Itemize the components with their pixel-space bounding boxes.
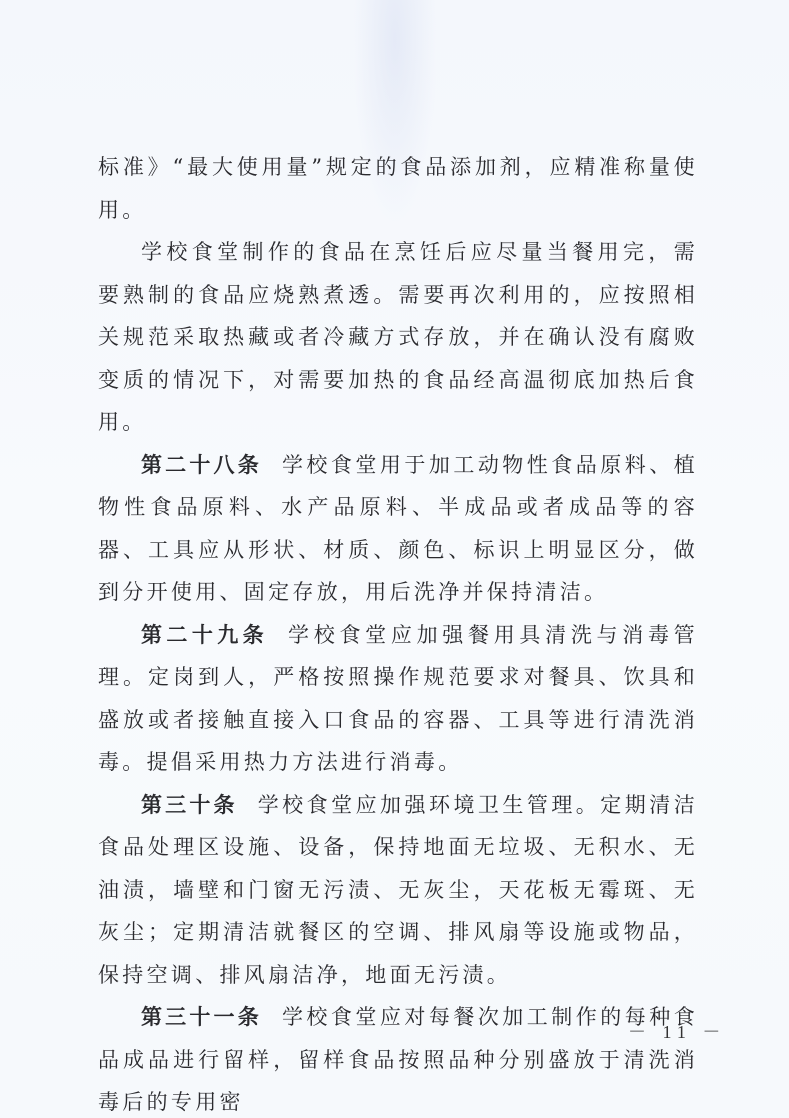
article-29: 第二十九条学校食堂应加强餐用具清洗与消毒管理。定岗到人，严格按照操作规范要求对餐… <box>98 614 698 784</box>
paragraph-text: 学校食堂制作的食品在烹饪后应尽量当餐用完，需要熟制的食品应烧熟煮透。需要再次利用… <box>98 240 698 434</box>
article-number: 第三十条 <box>141 793 238 817</box>
article-number: 第二十八条 <box>141 453 262 477</box>
paragraph-text: 标准》“最大使用量”规定的食品添加剂，应精准称量使用。 <box>98 155 698 222</box>
document-page: 标准》“最大使用量”规定的食品添加剂，应精准称量使用。 学校食堂制作的食品在烹饪… <box>0 0 789 1118</box>
paragraph-continued: 标准》“最大使用量”规定的食品添加剂，应精准称量使用。 <box>98 146 698 231</box>
article-number: 第二十九条 <box>141 623 268 647</box>
paragraph-leftover-food: 学校食堂制作的食品在烹饪后应尽量当餐用完，需要熟制的食品应烧熟煮透。需要再次利用… <box>98 231 698 444</box>
article-text: 学校食堂应加强环境卫生管理。定期清洁食品处理区设施、设备，保持地面无垃圾、无积水… <box>98 793 698 987</box>
page-number: － 11 － <box>628 1018 726 1044</box>
article-31: 第三十一条学校食堂应对每餐次加工制作的每种食品成品进行留样，留样食品按照品种分别… <box>98 996 698 1118</box>
body-text: 标准》“最大使用量”规定的食品添加剂，应精准称量使用。 学校食堂制作的食品在烹饪… <box>98 146 698 1118</box>
article-30: 第三十条学校食堂应加强环境卫生管理。定期清洁食品处理区设施、设备，保持地面无垃圾… <box>98 784 698 997</box>
article-number: 第三十一条 <box>141 1005 262 1029</box>
article-28: 第二十八条学校食堂用于加工动物性食品原料、植物性食品原料、水产品原料、半成品或者… <box>98 444 698 614</box>
